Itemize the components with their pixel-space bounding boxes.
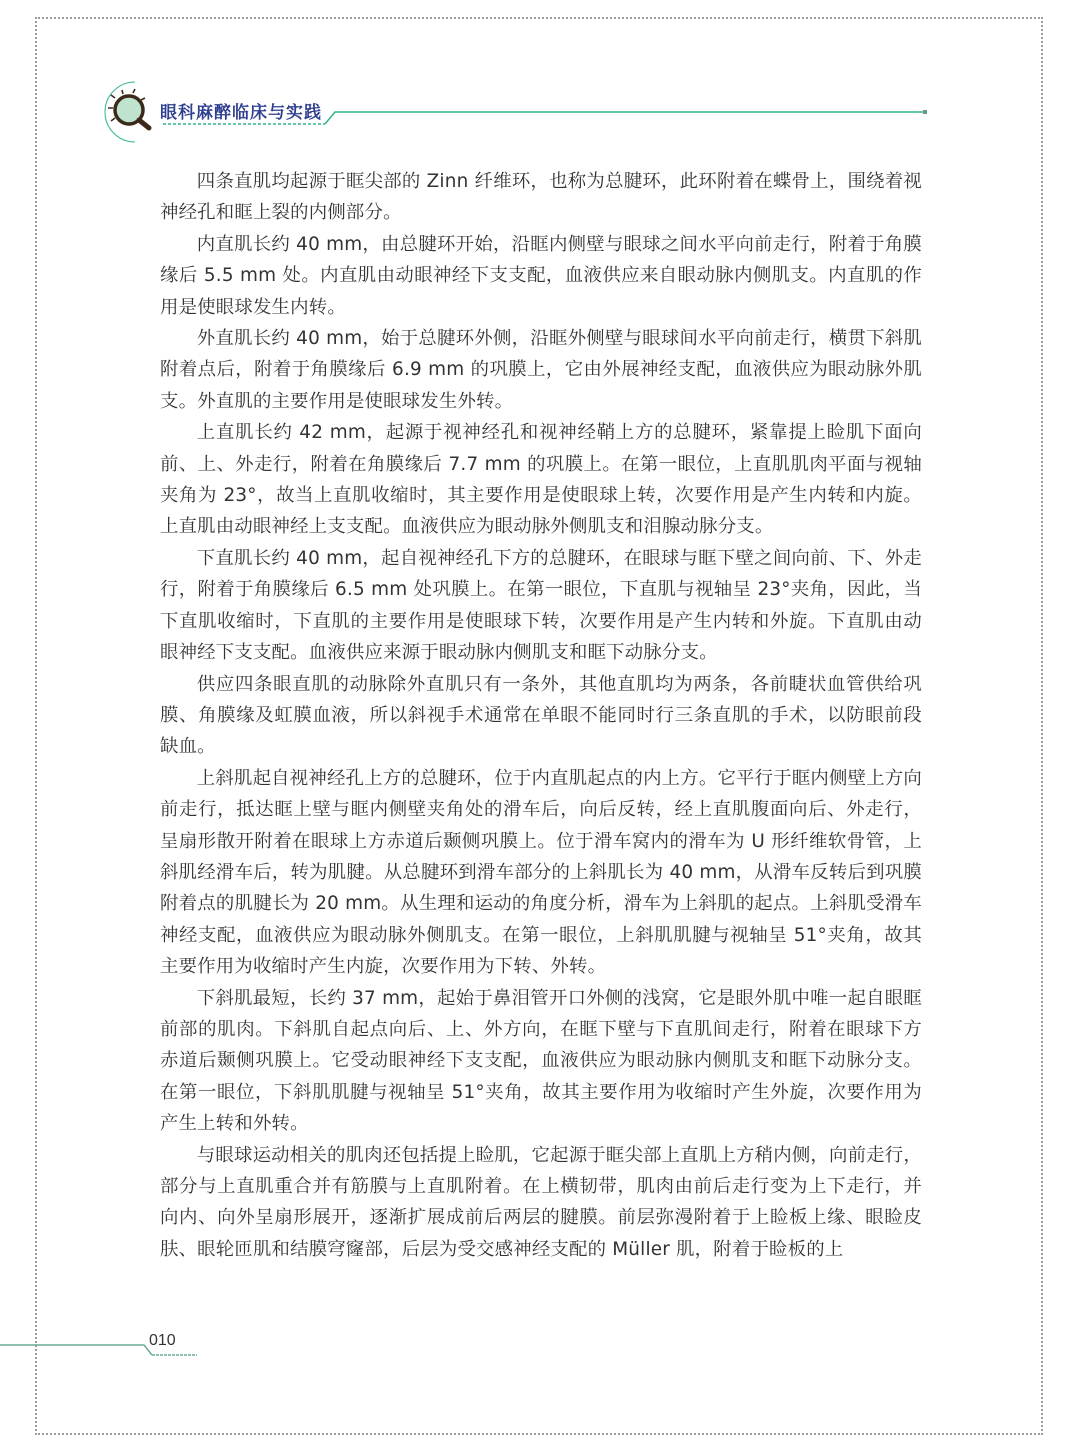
- paragraph-superior-oblique: 上斜肌起自视神经孔上方的总腱环，位于内直肌起点的内上方。它平行于眶内侧壁上方向前…: [160, 763, 922, 983]
- paragraph-inferior-oblique: 下斜肌最短，长约 37 mm，起始于鼻泪管开口外侧的浅窝，它是眼外肌中唯一起自眼…: [160, 983, 922, 1140]
- paragraph-rectus-blood-supply: 供应四条眼直肌的动脉除外直肌只有一条外，其他直肌均为两条，各前睫状血管供给巩膜、…: [160, 669, 922, 763]
- paragraph-lateral-rectus: 外直肌长约 40 mm，始于总腱环外侧，沿眶外侧壁与眼球间水平向前走行，横贯下斜…: [160, 323, 922, 417]
- body-text: 四条直肌均起源于眶尖部的 Zinn 纤维环，也称为总腱环，此环附着在蝶骨上，围绕…: [160, 166, 922, 1265]
- footer-rule: [0, 1330, 260, 1370]
- page-number: 010: [149, 1332, 176, 1350]
- paragraph-common-tendinous-ring: 四条直肌均起源于眶尖部的 Zinn 纤维环，也称为总腱环，此环附着在蝶骨上，围绕…: [160, 166, 922, 229]
- book-title: 眼科麻醉临床与实践: [160, 98, 322, 123]
- paragraph-medial-rectus: 内直肌长约 40 mm，由总腱环开始，沿眶内侧壁与眼球之间水平向前走行，附着于角…: [160, 229, 922, 323]
- paragraph-levator: 与眼球运动相关的肌肉还包括提上睑肌，它起源于眶尖部上直肌上方稍内侧，向前走行，部…: [160, 1140, 922, 1266]
- running-header: 眼科麻醉临床与实践: [95, 80, 1025, 140]
- eye-magnifier-logo-icon: [95, 80, 161, 144]
- paragraph-superior-rectus: 上直肌长约 42 mm，起源于视神经孔和视神经鞘上方的总腱环，紧靠提上睑肌下面向…: [160, 417, 922, 543]
- paragraph-inferior-rectus: 下直肌长约 40 mm，起自视神经孔下方的总腱环，在眼球与眶下壁之间向前、下、外…: [160, 543, 922, 669]
